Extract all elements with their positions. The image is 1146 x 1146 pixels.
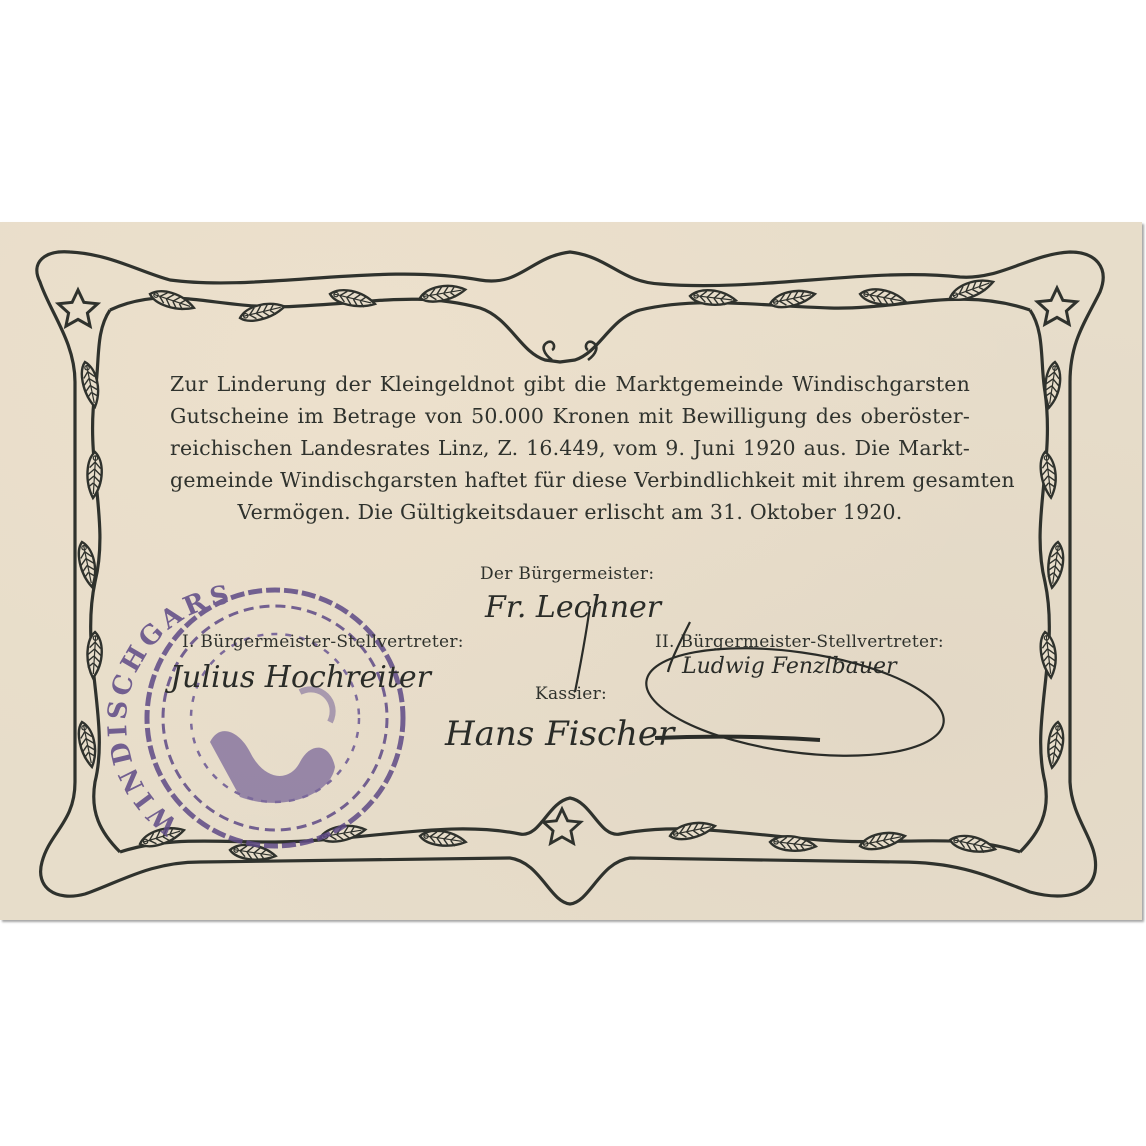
svg-text:WINDISCHGARSTEN: WINDISCHGARSTEN — [0, 222, 235, 841]
star-icon-top-right — [1037, 288, 1076, 324]
second-deputy-signature: Ludwig Fenzlbauer — [682, 654, 897, 679]
body-line: Gutscheine im Betrage von 50.000 Kronen … — [170, 400, 970, 432]
cashier-signature: Hans Fischer — [445, 714, 674, 754]
deputy-label: I. Bürgermeister-Stellvertreter: — [182, 632, 464, 652]
second-deputy-label: II. Bürgermeister-Stellvertreter: — [655, 632, 944, 652]
mayor-label: Der Bürgermeister: — [480, 564, 654, 584]
voucher-body-text: Zur Linderung der Kleingeldnot gibt die … — [170, 368, 970, 528]
mayor-signature: Fr. Lechner — [485, 590, 661, 625]
cashier-label: Kassier: — [535, 684, 607, 704]
municipal-stamp: WINDISCHGARSTEN — [0, 222, 403, 846]
body-line: reichischen Landesrates Linz, Z. 16.449,… — [170, 432, 970, 464]
body-line: Zur Linderung der Kleingeldnot gibt die … — [170, 368, 970, 400]
body-line: gemeinde Windischgarsten haftet für dies… — [170, 464, 970, 496]
body-line: Vermögen. Die Gültigkeitsdauer erlischt … — [170, 496, 970, 528]
star-icon-top-left — [58, 290, 97, 326]
voucher-note: WINDISCHGARSTEN Zur Linderung der Kleing… — [0, 222, 1142, 920]
deputy-signature: Julius Hochreiter — [170, 660, 431, 695]
